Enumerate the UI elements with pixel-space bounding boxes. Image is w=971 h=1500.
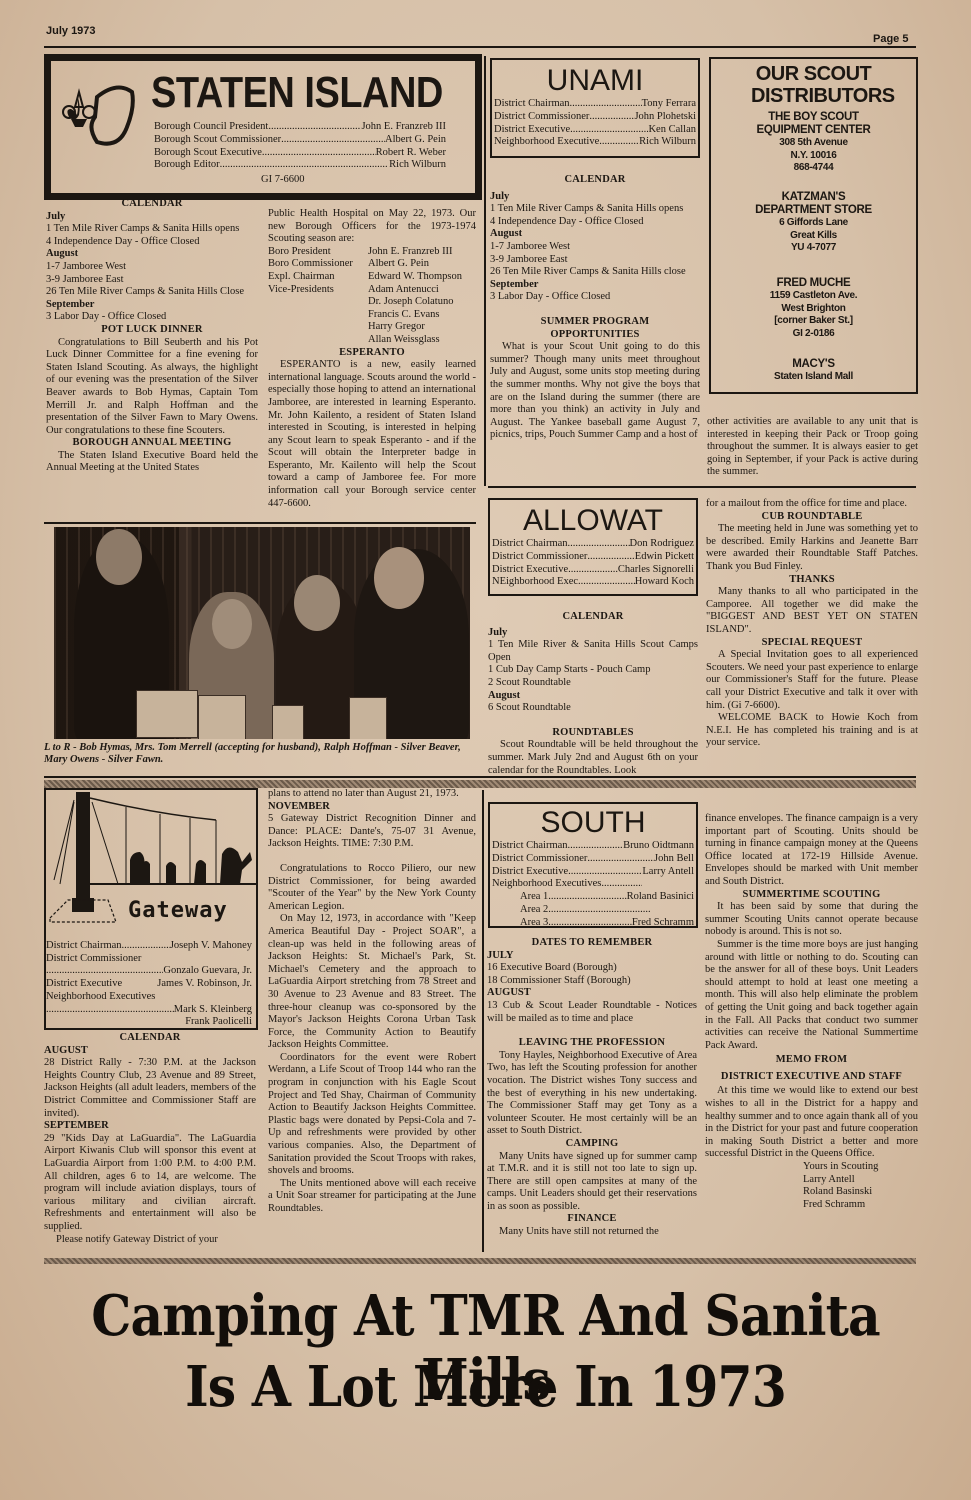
hatched-divider [44, 780, 916, 788]
staten-island-title: STATEN ISLAND [151, 69, 443, 118]
header-rule [44, 46, 916, 48]
officer-row: District ExecutiveCharles Signorelli [492, 564, 694, 577]
photo-plaque [136, 690, 198, 738]
officer-row: District ExecutiveJames V. Robinson, Jr. [46, 978, 252, 991]
distributors-box: OUR SCOUT DISTRIBUTORS THE BOY SCOUT EQU… [709, 57, 918, 394]
gateway-column-2: plans to attend no later than August 21,… [268, 788, 476, 1216]
officer-row: District ChairmanTony Ferrara [494, 98, 696, 111]
gateway-officer-box: Gateway District ChairmanJoseph V. Mahon… [44, 788, 258, 1030]
gateway-title: Gateway [128, 898, 228, 923]
officer-row: District ChairmanBruno Oidtmann [492, 840, 694, 853]
officer-row: District ChairmanJoseph V. Mahoney [46, 940, 252, 953]
officer-row: District ExecutiveLarry Antell [492, 866, 694, 879]
officer-row: District CommissionerEdwin Pickett [492, 551, 694, 564]
page-number: Page 5 [873, 33, 908, 45]
staten-island-phone: GI 7-6600 [261, 174, 304, 185]
allowat-title: ALLOWAT [490, 504, 696, 538]
officer-row: Borough Scout ExecutiveRobert R. Weber [154, 147, 446, 160]
unami-column-1: CALENDAR July 1 Ten Mile River Camps & S… [490, 174, 700, 442]
store-katzmans: KATZMAN'S DEPARTMENT STORE 6 Giffords La… [711, 191, 916, 255]
distributors-title: OUR SCOUT DISTRIBUTORS [751, 63, 876, 107]
officer-row: Borough Council PresidentJohn E. Franzre… [154, 121, 446, 134]
photo-plaque [198, 695, 246, 739]
officer-row: Area 3Fred Schramm [492, 917, 694, 930]
photo-plaque [272, 705, 304, 739]
photo-plaque [349, 697, 387, 739]
award-photo [54, 527, 470, 739]
fleur-de-lis-island-icon [57, 67, 157, 167]
officer-row: Borough EditorRich Wilburn [154, 159, 446, 172]
staten-island-column-2: Public Health Hospital on May 22, 1973. … [268, 208, 476, 510]
officer-row: Neighborhood Executives [492, 878, 642, 891]
store-fred-muche: FRED MUCHE 1159 Castleton Ave. West Brig… [711, 277, 916, 340]
store-macys: MACY'S Staten Island Mall [711, 358, 916, 384]
photo-caption: L to R - Bob Hymas, Mrs. Tom Merrell (ac… [44, 742, 478, 766]
officer-row: Area 2 [492, 904, 650, 917]
gateway-column-1: CALENDAR AUGUST 28 District Rally - 7:30… [44, 1032, 256, 1246]
staten-island-officers: Borough Council PresidentJohn E. Franzre… [154, 121, 446, 172]
officer-row: Neighborhood Executives [46, 991, 252, 1004]
officer-row: Area 1Roland Basinici [492, 891, 694, 904]
staten-island-masthead: STATEN ISLAND Borough Council PresidentJ… [44, 54, 482, 200]
officer-row: NEighborhood Exec.Howard Koch [492, 576, 694, 589]
unami-officer-box: UNAMI District ChairmanTony Ferrara Dist… [490, 58, 700, 158]
south-officer-box: SOUTH District ChairmanBruno Oidtmann Di… [488, 802, 698, 928]
memo-signoff: Yours in Scouting Larry Antell Roland Ba… [705, 1161, 918, 1211]
officer-row: Gonzalo Guevara, Jr. [46, 965, 252, 978]
officer-row: District ChairmanDon Rodriguez [492, 538, 694, 551]
issue-date: July 1973 [46, 25, 96, 37]
officer-row: Borough Scout CommissionerAlbert G. Pein [154, 134, 446, 147]
allowat-column-1: CALENDAR July 1 Ten Mile River & Sanita … [488, 611, 698, 777]
section-rule [44, 522, 476, 524]
south-title: SOUTH [490, 806, 696, 840]
officer-row: Mark S. Kleinberg [46, 1004, 252, 1017]
staten-island-column-1: CALENDAR July 1 Ten Mile River Camps & S… [46, 198, 258, 475]
borough-officer-list: Boro PresidentJohn E. Franzreb III Boro … [268, 246, 476, 347]
allowat-officer-box: ALLOWAT District ChairmanDon Rodriguez D… [488, 498, 698, 596]
headline-line-2: Is A Lot More In 1973 [49, 1355, 923, 1419]
officer-row: Neighborhood ExecutiveRich Wilburn [494, 136, 696, 149]
officer-row: District CommissionerJohn Bell [492, 853, 694, 866]
unami-column-2: other activities are available to any un… [707, 416, 918, 479]
officer-row: District Commissioner [46, 953, 252, 966]
south-column-1: DATES TO REMEMBER JULY 16 Executive Boar… [487, 937, 697, 1239]
south-column-2: finance envelopes. The finance campaign … [705, 813, 918, 1211]
store-boy-scout-equipment: THE BOY SCOUT EQUIPMENT CENTER 308 5th A… [711, 111, 916, 175]
officer-row: District CommissionerJohn Plohetski [494, 111, 696, 124]
officer-row: District ExecutiveKen Callan [494, 124, 696, 137]
allowat-column-2: for a mailout from the office for time a… [706, 498, 918, 750]
hatched-divider [44, 1258, 916, 1264]
unami-title: UNAMI [492, 64, 698, 98]
officer-row: Frank Paolicelli [46, 1016, 252, 1029]
